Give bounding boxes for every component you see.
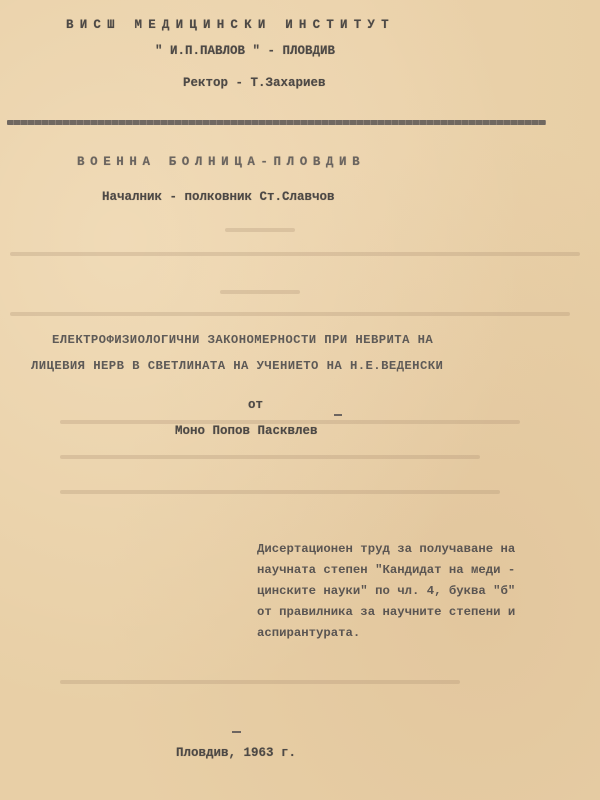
document-page: ВИСШ МЕДИЦИНСКИ ИНСТИТУТ " И.П.ПАВЛОВ " … xyxy=(0,0,600,800)
bleed-through-mark xyxy=(220,290,300,294)
bleed-through-mark xyxy=(60,680,460,684)
hospital-chief: Началник - полковник Ст.Славчов xyxy=(102,190,335,204)
dissertation-note-line-4: от правилника за научните степени и xyxy=(257,602,515,623)
by-label: от xyxy=(248,398,263,412)
bleed-through-mark xyxy=(225,228,295,232)
typed-dash-mark xyxy=(232,731,241,733)
separator-rule xyxy=(7,120,546,125)
dissertation-note-line-3: цинските науки" по чл. 4, буква "б" xyxy=(257,581,515,602)
dissertation-note-line-1: Дисертационен труд за получаване на xyxy=(257,539,515,560)
dissertation-title-line-2: ЛИЦЕВИЯ НЕРВ В СВЕТЛИНАТА НА УЧЕНИЕТО НА… xyxy=(31,359,443,373)
place-date: Пловдив, 1963 г. xyxy=(176,746,296,760)
dissertation-note-line-5: аспирантурата. xyxy=(257,623,360,644)
typed-dash-mark xyxy=(334,414,342,416)
hospital-name: ВОЕННА БОЛНИЦА-ПЛОВДИВ xyxy=(77,155,365,169)
bleed-through-mark xyxy=(10,252,580,256)
institution-subtitle: " И.П.ПАВЛОВ " - ПЛОВДИВ xyxy=(155,44,335,58)
bleed-through-mark xyxy=(60,490,500,494)
author-name: Моно Попов Пасквлев xyxy=(175,424,318,438)
dissertation-title-line-1: ЕЛЕКТРОФИЗИОЛОГИЧНИ ЗАКОНОМЕРНОСТИ ПРИ Н… xyxy=(52,333,433,347)
institution-name: ВИСШ МЕДИЦИНСКИ ИНСТИТУТ xyxy=(66,18,395,32)
bleed-through-mark xyxy=(10,312,570,316)
bleed-through-mark xyxy=(60,455,480,459)
rector-line: Ректор - Т.Захариев xyxy=(183,76,326,90)
dissertation-note-line-2: научната степен "Кандидат на меди - xyxy=(257,560,515,581)
